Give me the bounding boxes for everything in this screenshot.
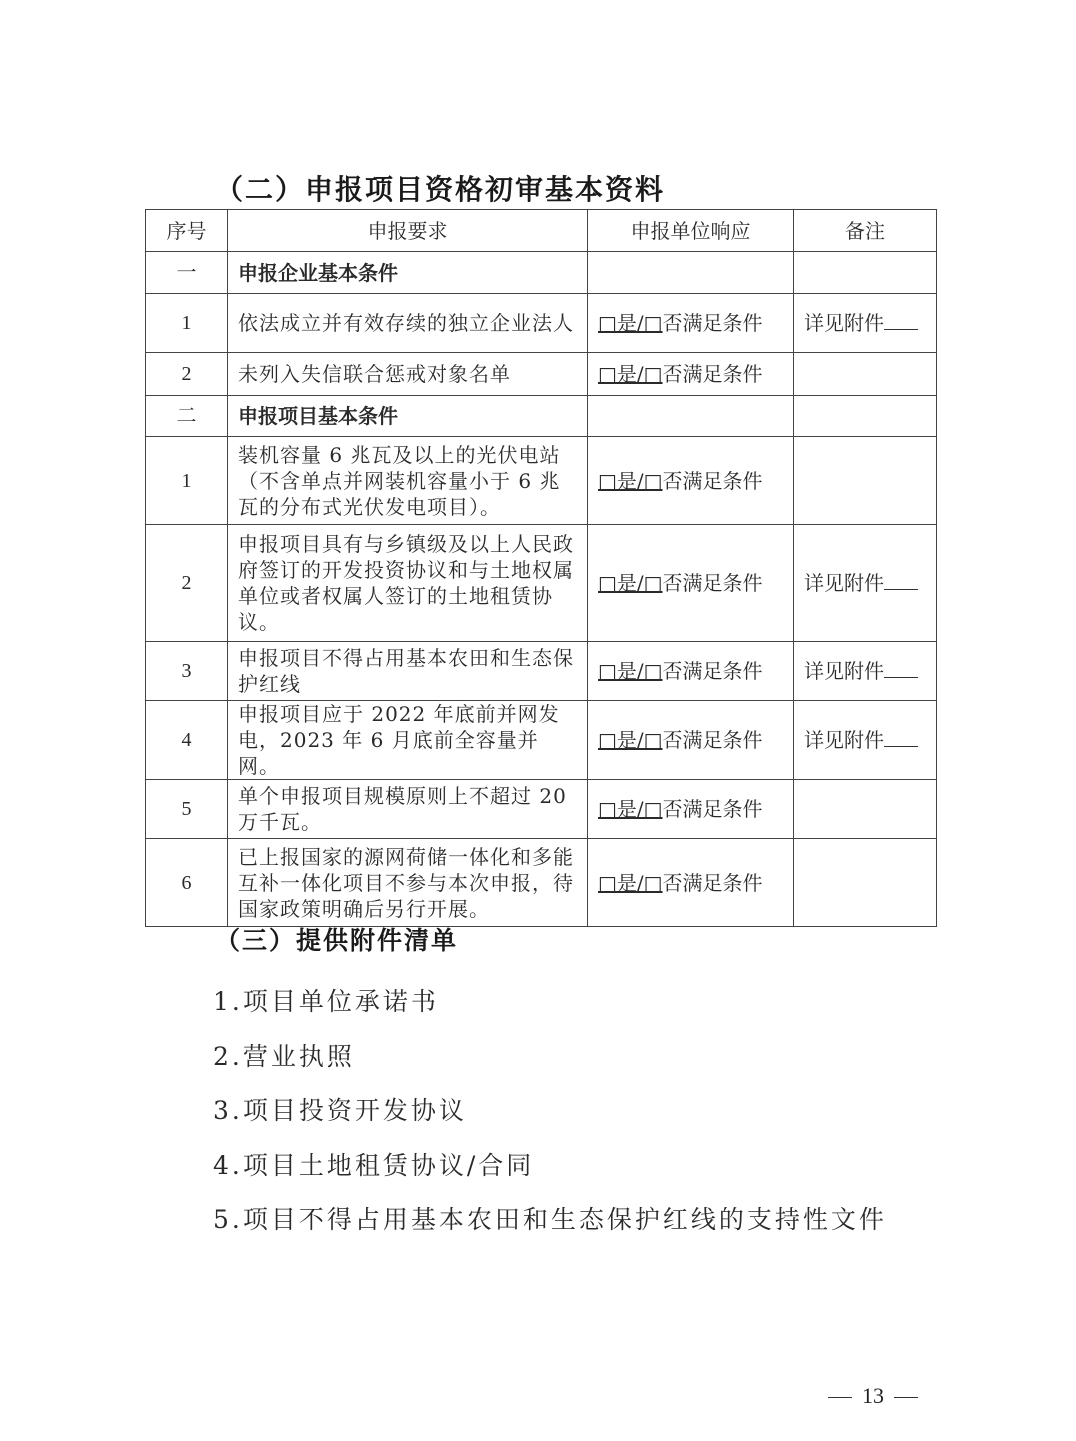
response-label: 否满足条件 [663,311,763,335]
checkbox-options[interactable]: □是/□ [598,571,663,595]
list-item: 2.营业执照 [213,1030,887,1085]
row-num: 6 [146,839,228,927]
header-num: 序号 [146,210,228,252]
response-label: 否满足条件 [663,659,763,683]
note-cell: 详见附件 [794,525,937,642]
list-item: 1.项目单位承诺书 [213,975,887,1030]
checkbox-options[interactable]: □是/□ [598,469,663,493]
dash-right [894,1397,918,1398]
table-row: 4 申报项目应于 2022 年底前并网发电，2023 年 6 月底前全容量并网。… [146,701,937,780]
response-label: 否满足条件 [663,728,763,752]
requirement-text: 申报项目不得占用基本农田和生态保护红线 [228,642,588,701]
attachment-blank[interactable] [884,728,918,747]
response-cell: □是/□否满足条件 [588,701,794,780]
note-cell [794,353,937,396]
response-label: 否满足条件 [663,871,763,895]
response-cell: □是/□否满足条件 [588,353,794,396]
attachment-blank[interactable] [884,571,918,590]
table-section-row: 一 申报企业基本条件 [146,252,937,294]
note-cell [794,396,937,437]
response-label: 否满足条件 [663,469,763,493]
requirement-text: 已上报国家的源网荷储一体化和多能互补一体化项目不参与本次申报，待国家政策明确后另… [228,839,588,927]
response-cell: □是/□否满足条件 [588,294,794,353]
table-row: 2 申报项目具有与乡镇级及以上人民政府签订的开发投资协议和与土地权属单位或者权属… [146,525,937,642]
response-label: 否满足条件 [663,571,763,595]
attachment-blank[interactable] [884,659,918,678]
qualification-table: 序号 申报要求 申报单位响应 备注 一 申报企业基本条件 1 依法成立并有效存续… [145,209,937,927]
response-cell [588,396,794,437]
row-num: 2 [146,353,228,396]
row-num: 1 [146,437,228,525]
list-item: 5.项目不得占用基本农田和生态保护红线的支持性文件 [213,1193,887,1248]
note-text: 详见附件 [804,571,884,595]
table-row: 2 未列入失信联合惩戒对象名单 □是/□否满足条件 [146,353,937,396]
note-text: 详见附件 [804,659,884,683]
response-label: 否满足条件 [663,362,763,386]
section-label: 申报项目基本条件 [228,396,588,437]
row-num: 4 [146,701,228,780]
list-item: 4.项目土地租赁协议/合同 [213,1139,887,1194]
table-header-row: 序号 申报要求 申报单位响应 备注 [146,210,937,252]
response-cell: □是/□否满足条件 [588,437,794,525]
section-3-title: （三）提供附件清单 [215,921,458,957]
requirement-text: 单个申报项目规模原则上不超过 20 万千瓦。 [228,780,588,839]
checkbox-options[interactable]: □是/□ [598,659,663,683]
table-section-row: 二 申报项目基本条件 [146,396,937,437]
checkbox-options[interactable]: □是/□ [598,728,663,752]
row-num: 一 [146,252,228,294]
table-row: 6 已上报国家的源网荷储一体化和多能互补一体化项目不参与本次申报，待国家政策明确… [146,839,937,927]
requirement-text: 申报项目应于 2022 年底前并网发电，2023 年 6 月底前全容量并网。 [228,701,588,780]
list-item: 3.项目投资开发协议 [213,1084,887,1139]
response-cell: □是/□否满足条件 [588,839,794,927]
attachment-blank[interactable] [884,311,918,330]
row-num: 1 [146,294,228,353]
checkbox-options[interactable]: □是/□ [598,797,663,821]
requirement-text: 依法成立并有效存续的独立企业法人 [228,294,588,353]
note-cell: 详见附件 [794,701,937,780]
section-label: 申报企业基本条件 [228,252,588,294]
table-row: 3 申报项目不得占用基本农田和生态保护红线 □是/□否满足条件 详见附件 [146,642,937,701]
table-row: 5 单个申报项目规模原则上不超过 20 万千瓦。 □是/□否满足条件 [146,780,937,839]
requirement-text: 申报项目具有与乡镇级及以上人民政府签订的开发投资协议和与土地权属单位或者权属人签… [228,525,588,642]
page-number: 13 [818,1383,928,1409]
table-row: 1 依法成立并有效存续的独立企业法人 □是/□否满足条件 详见附件 [146,294,937,353]
note-cell: 详见附件 [794,294,937,353]
requirement-text: 未列入失信联合惩戒对象名单 [228,353,588,396]
note-cell [794,839,937,927]
note-cell [794,437,937,525]
attachment-list: 1.项目单位承诺书 2.营业执照 3.项目投资开发协议 4.项目土地租赁协议/合… [213,975,887,1248]
response-cell: □是/□否满足条件 [588,525,794,642]
section-2-title: （二）申报项目资格初审基本资料 [215,168,665,208]
note-text: 详见附件 [804,311,884,335]
note-cell: 详见附件 [794,642,937,701]
header-note: 备注 [794,210,937,252]
response-cell [588,252,794,294]
requirement-text: 装机容量 6 兆瓦及以上的光伏电站（不含单点并网装机容量小于 6 兆瓦的分布式光… [228,437,588,525]
response-cell: □是/□否满足条件 [588,642,794,701]
checkbox-options[interactable]: □是/□ [598,871,663,895]
checkbox-options[interactable]: □是/□ [598,362,663,386]
header-requirement: 申报要求 [228,210,588,252]
table-row: 1 装机容量 6 兆瓦及以上的光伏电站（不含单点并网装机容量小于 6 兆瓦的分布… [146,437,937,525]
page-number-text: 13 [862,1383,884,1408]
row-num: 5 [146,780,228,839]
response-cell: □是/□否满足条件 [588,780,794,839]
header-response: 申报单位响应 [588,210,794,252]
note-cell [794,780,937,839]
row-num: 2 [146,525,228,642]
note-text: 详见附件 [804,728,884,752]
checkbox-options[interactable]: □是/□ [598,311,663,335]
row-num: 二 [146,396,228,437]
note-cell [794,252,937,294]
response-label: 否满足条件 [663,797,763,821]
row-num: 3 [146,642,228,701]
dash-left [828,1397,852,1398]
